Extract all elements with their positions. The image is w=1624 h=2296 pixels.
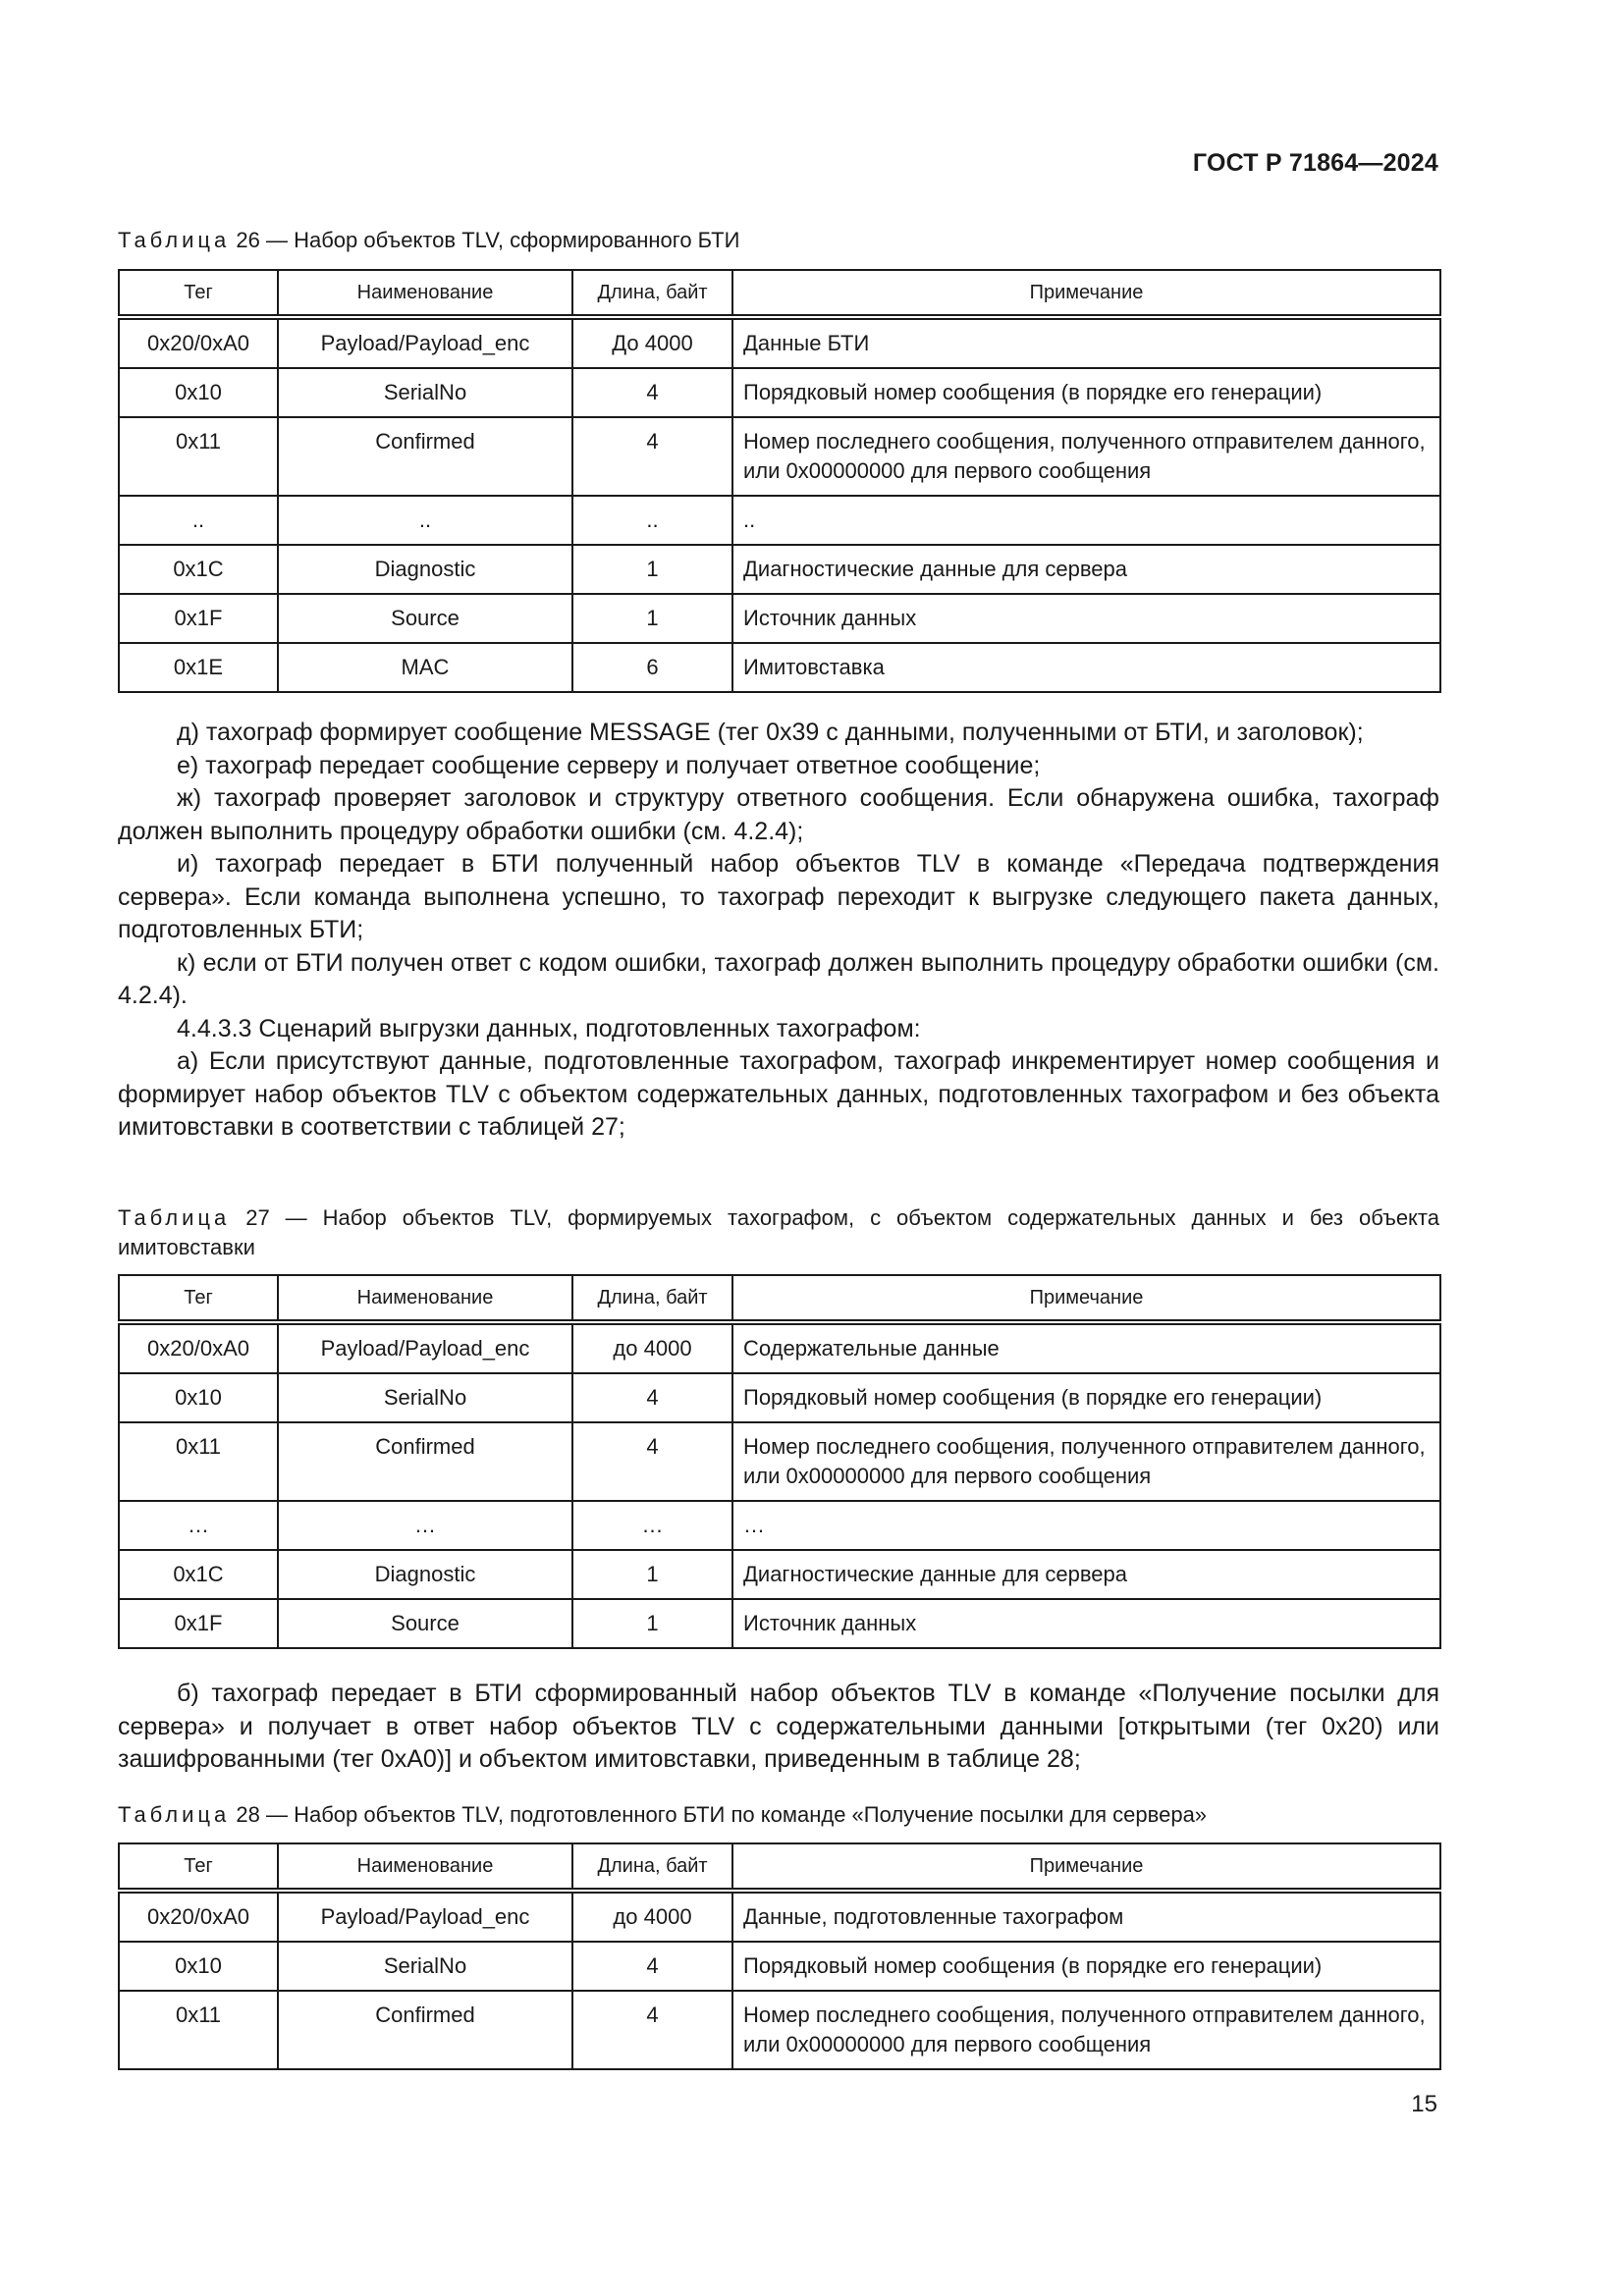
column-header-tag: Тег bbox=[119, 1275, 278, 1322]
caption-text: 28 — Набор объектов TLV, подготовленного… bbox=[230, 1802, 1207, 1827]
table-28-caption: Таблица 28 — Набор объектов TLV, подгото… bbox=[118, 1800, 1439, 1830]
cell-length: 6 bbox=[572, 643, 732, 692]
column-header-name: Наименование bbox=[278, 1843, 572, 1891]
body-text-2: б) тахограф передает в БТИ сформированны… bbox=[118, 1678, 1439, 1777]
cell-note: Порядковый номер сообщения (в порядке ег… bbox=[732, 1373, 1440, 1422]
cell-note: Диагностические данные для сервера bbox=[732, 1550, 1440, 1599]
cell-note: Номер последнего сообщения, полученного … bbox=[732, 1422, 1440, 1501]
cell-tag: 0x1F bbox=[119, 1599, 278, 1648]
table-row: 0x10SerialNo4Порядковый номер сообщения … bbox=[119, 1942, 1440, 1991]
cell-note: Диагностические данные для сервера bbox=[732, 545, 1440, 594]
cell-tag: .. bbox=[119, 496, 278, 545]
paragraph: ж) тахограф проверяет заголовок и структ… bbox=[118, 782, 1439, 848]
cell-note: Порядковый номер сообщения (в порядке ег… bbox=[732, 1942, 1440, 1991]
column-header-tag: Тег bbox=[119, 270, 278, 317]
document-code: ГОСТ Р 71864—2024 bbox=[1193, 149, 1438, 178]
cell-note: Номер последнего сообщения, полученного … bbox=[732, 417, 1440, 496]
cell-length: до 4000 bbox=[572, 1322, 732, 1373]
column-header-length: Длина, байт bbox=[572, 1275, 732, 1322]
cell-name: Source bbox=[278, 594, 572, 643]
cell-name: Confirmed bbox=[278, 1422, 572, 1501]
table-27: Тег Наименование Длина, байт Примечание … bbox=[118, 1274, 1441, 1649]
cell-length: 1 bbox=[572, 1550, 732, 1599]
table-row: 0x20/0xA0Payload/Payload_encдо 4000Данны… bbox=[119, 1891, 1440, 1942]
cell-tag: 0x1F bbox=[119, 594, 278, 643]
table-header-row: Тег Наименование Длина, байт Примечание bbox=[119, 270, 1440, 317]
column-header-name: Наименование bbox=[278, 1275, 572, 1322]
cell-length: 4 bbox=[572, 1942, 732, 1991]
cell-name: SerialNo bbox=[278, 368, 572, 417]
cell-tag: 0x10 bbox=[119, 368, 278, 417]
table-row: 0x1EMAC6Имитовставка bbox=[119, 643, 1440, 692]
cell-length: 1 bbox=[572, 594, 732, 643]
cell-length: 4 bbox=[572, 417, 732, 496]
cell-note: Содержательные данные bbox=[732, 1322, 1440, 1373]
cell-name: .. bbox=[278, 496, 572, 545]
cell-length: 4 bbox=[572, 368, 732, 417]
paragraph: б) тахограф передает в БТИ сформированны… bbox=[118, 1678, 1439, 1777]
cell-name: SerialNo bbox=[278, 1373, 572, 1422]
cell-name: Confirmed bbox=[278, 1991, 572, 2069]
table-row: 0x20/0xA0Payload/Payload_encДо 4000Данны… bbox=[119, 317, 1440, 368]
cell-note: Имитовставка bbox=[732, 643, 1440, 692]
table-header-row: Тег Наименование Длина, байт Примечание bbox=[119, 1843, 1440, 1891]
cell-tag: 0x11 bbox=[119, 1991, 278, 2069]
table-row: 0x11Confirmed4Номер последнего сообщения… bbox=[119, 1422, 1440, 1501]
cell-name: Diagnostic bbox=[278, 1550, 572, 1599]
cell-note: Номер последнего сообщения, полученного … bbox=[732, 1991, 1440, 2069]
cell-name: SerialNo bbox=[278, 1942, 572, 1991]
cell-length: 4 bbox=[572, 1373, 732, 1422]
cell-name: … bbox=[278, 1501, 572, 1550]
column-header-length: Длина, байт bbox=[572, 270, 732, 317]
paragraph: а) Если присутствуют данные, подготовлен… bbox=[118, 1045, 1439, 1145]
cell-tag: 0x1C bbox=[119, 545, 278, 594]
cell-name: Payload/Payload_enc bbox=[278, 1891, 572, 1942]
cell-name: MAC bbox=[278, 643, 572, 692]
table-row: 0x1FSource1Источник данных bbox=[119, 1599, 1440, 1648]
table-header-row: Тег Наименование Длина, байт Примечание bbox=[119, 1275, 1440, 1322]
page-number: 15 bbox=[1411, 2091, 1437, 2118]
column-header-note: Примечание bbox=[732, 270, 1440, 317]
table-row: 0x1FSource1Источник данных bbox=[119, 594, 1440, 643]
cell-length: … bbox=[572, 1501, 732, 1550]
cell-note: Данные, подготовленные тахографом bbox=[732, 1891, 1440, 1942]
cell-note: Данные БТИ bbox=[732, 317, 1440, 368]
cell-note: .. bbox=[732, 496, 1440, 545]
column-header-length: Длина, байт bbox=[572, 1843, 732, 1891]
table-row: 0x11Confirmed4Номер последнего сообщения… bbox=[119, 1991, 1440, 2069]
table-row: ………… bbox=[119, 1501, 1440, 1550]
caption-prefix: Таблица bbox=[118, 1205, 230, 1230]
column-header-note: Примечание bbox=[732, 1275, 1440, 1322]
cell-tag: 0x20/0xA0 bbox=[119, 1891, 278, 1942]
cell-tag: 0x1C bbox=[119, 1550, 278, 1599]
body-text-1: д) тахограф формирует сообщение MESSAGE … bbox=[118, 717, 1439, 1145]
cell-length: 1 bbox=[572, 545, 732, 594]
column-header-name: Наименование bbox=[278, 270, 572, 317]
table-row: 0x10SerialNo4Порядковый номер сообщения … bbox=[119, 1373, 1440, 1422]
paragraph: и) тахограф передает в БТИ полученный на… bbox=[118, 848, 1439, 947]
table-28: Тег Наименование Длина, байт Примечание … bbox=[118, 1842, 1441, 2070]
cell-note: … bbox=[732, 1501, 1440, 1550]
caption-prefix: Таблица bbox=[118, 228, 230, 252]
table-row: 0x11Confirmed4Номер последнего сообщения… bbox=[119, 417, 1440, 496]
document-page: ГОСТ Р 71864—2024 Таблица 26 — Набор объ… bbox=[0, 0, 1624, 2296]
cell-tag: 0x1E bbox=[119, 643, 278, 692]
cell-length: До 4000 bbox=[572, 317, 732, 368]
table-26: Тег Наименование Длина, байт Примечание … bbox=[118, 269, 1441, 693]
paragraph: к) если от БТИ получен ответ с кодом оши… bbox=[118, 947, 1439, 1013]
cell-note: Источник данных bbox=[732, 594, 1440, 643]
cell-tag: 0x10 bbox=[119, 1373, 278, 1422]
paragraph: д) тахограф формирует сообщение MESSAGE … bbox=[118, 717, 1439, 750]
cell-tag: 0x10 bbox=[119, 1942, 278, 1991]
cell-tag: 0x20/0xA0 bbox=[119, 317, 278, 368]
cell-length: до 4000 bbox=[572, 1891, 732, 1942]
cell-length: 4 bbox=[572, 1991, 732, 2069]
table-27-caption: Таблица 27 — Набор объектов TLV, формиру… bbox=[118, 1203, 1439, 1262]
caption-text: 26 — Набор объектов TLV, сформированного… bbox=[230, 228, 739, 252]
table-row: 0x20/0xA0Payload/Payload_encдо 4000Содер… bbox=[119, 1322, 1440, 1373]
cell-tag: … bbox=[119, 1501, 278, 1550]
cell-tag: 0x20/0xA0 bbox=[119, 1322, 278, 1373]
cell-name: Diagnostic bbox=[278, 545, 572, 594]
column-header-tag: Тег bbox=[119, 1843, 278, 1891]
table-26-caption: Таблица 26 — Набор объектов TLV, сформир… bbox=[118, 226, 1439, 255]
column-header-note: Примечание bbox=[732, 1843, 1440, 1891]
cell-tag: 0x11 bbox=[119, 1422, 278, 1501]
cell-name: Payload/Payload_enc bbox=[278, 317, 572, 368]
cell-length: .. bbox=[572, 496, 732, 545]
caption-prefix: Таблица bbox=[118, 1802, 230, 1827]
table-row: ........ bbox=[119, 496, 1440, 545]
cell-note: Источник данных bbox=[732, 1599, 1440, 1648]
paragraph: 4.4.3.3 Сценарий выгрузки данных, подгот… bbox=[118, 1013, 1439, 1046]
table-row: 0x1CDiagnostic1Диагностические данные дл… bbox=[119, 1550, 1440, 1599]
cell-name: Payload/Payload_enc bbox=[278, 1322, 572, 1373]
cell-tag: 0x11 bbox=[119, 417, 278, 496]
paragraph: е) тахограф передает сообщение серверу и… bbox=[118, 750, 1439, 783]
table-row: 0x10SerialNo4Порядковый номер сообщения … bbox=[119, 368, 1440, 417]
cell-name: Confirmed bbox=[278, 417, 572, 496]
table-row: 0x1CDiagnostic1Диагностические данные дл… bbox=[119, 545, 1440, 594]
cell-length: 1 bbox=[572, 1599, 732, 1648]
caption-text: 27 — Набор объектов TLV, формируемых тах… bbox=[118, 1205, 1439, 1259]
cell-note: Порядковый номер сообщения (в порядке ег… bbox=[732, 368, 1440, 417]
cell-name: Source bbox=[278, 1599, 572, 1648]
cell-length: 4 bbox=[572, 1422, 732, 1501]
